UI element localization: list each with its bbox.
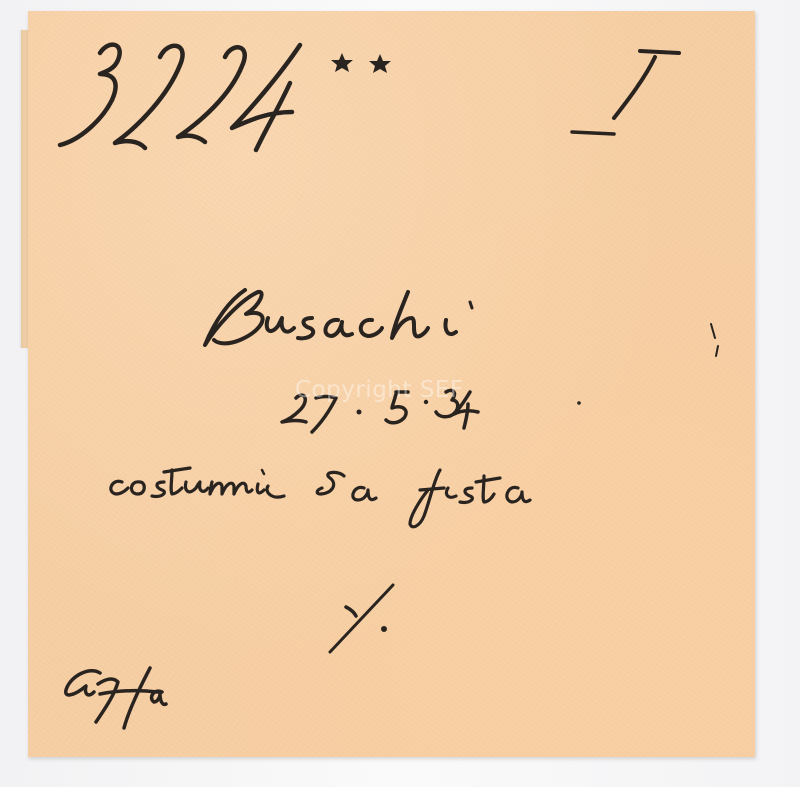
stray-marks [577,324,718,405]
mark-strokes [330,585,393,652]
initials-strokes [66,668,166,728]
star-marks [331,53,391,73]
place-name-strokes [205,290,472,345]
caption-strokes [111,468,530,527]
roman-numeral-strokes [572,51,679,134]
catalog-number-strokes [60,45,300,150]
copyright-watermark: Copyright SEF [295,377,464,403]
